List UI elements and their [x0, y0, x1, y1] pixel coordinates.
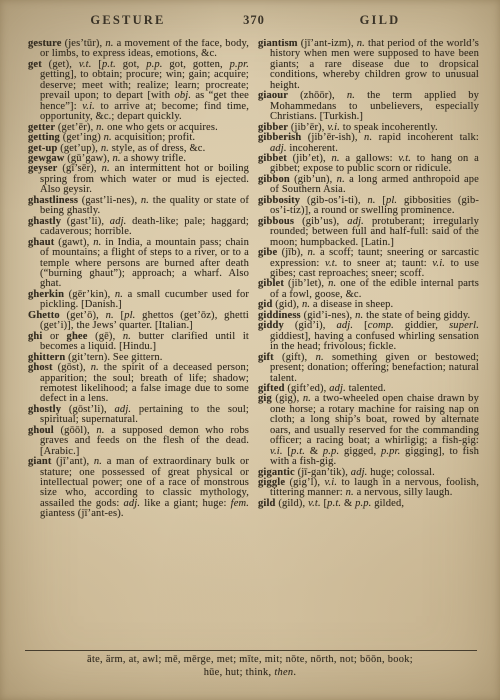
entry-body: (zhōōr), n. the term applied by Mohammed… [270, 90, 479, 122]
headword: giaour [258, 90, 288, 101]
column-right: giantism (jī’ant-izm), n. that period of… [258, 39, 479, 648]
entry-body: (gift), n. something given or bestowed; … [270, 352, 479, 384]
dictionary-entry: ghastliness (gast’li-nes), n. the qualit… [28, 196, 249, 217]
footer-rule [25, 650, 477, 651]
headword: gig [258, 393, 272, 404]
entry-body: (git’tern). See gittern. [68, 352, 162, 363]
column-left: gesture (jes’tūr), n. a movement of the … [28, 39, 249, 648]
entry-body: (gōst), n. the spirit of a deceased pers… [40, 362, 249, 404]
headword: gild [258, 498, 276, 509]
entry-body: (get’up), n. style, as of dress, &c. [60, 143, 205, 154]
entry-body: (gōōl), n. a supposed demon who robs gra… [40, 425, 249, 457]
dictionary-entry: ghost (gōst), n. the spirit of a decease… [28, 363, 249, 405]
dictionary-page: GESTURE 370 GILD gesture (jes’tūr), n. a… [0, 0, 500, 700]
headword: ghastliness [28, 195, 78, 206]
dictionary-entry: giantism (jī’ant-izm), n. that period of… [258, 39, 479, 91]
dictionary-entry: giggle (gig’l), v.i. to laugh in a nervo… [258, 478, 479, 499]
dictionary-entry: giaour (zhōōr), n. the term applied by M… [258, 91, 479, 122]
headword: getter [28, 122, 55, 133]
entry-body: (jīb), n. a scoff; taunt; sneering or sa… [270, 247, 479, 279]
dictionary-entry: gift (gift), n. something given or besto… [258, 353, 479, 384]
headword: ghost [28, 362, 53, 373]
entry-body: (jī-gan’tik), adj. huge; colossal. [298, 467, 435, 478]
entry-body: (gig’l), v.i. to laugh in a nervous, foo… [270, 477, 479, 498]
headword: gibberish [258, 132, 301, 143]
entry-body: (gī’sēr), n. an intermittent hot or boil… [40, 163, 249, 195]
headword: gift [258, 352, 274, 363]
headword: gibber [258, 122, 288, 133]
entry-body: (gid), n. a disease in sheep. [275, 299, 393, 310]
headword: giggle [258, 477, 285, 488]
entry-body: (jib’ēr), v.i. to speak incoherently. [291, 122, 438, 133]
headword: giddy [258, 320, 284, 331]
dictionary-entry: gibbon (gib’un), n. a long armed anthrop… [258, 175, 479, 196]
dictionary-entry: Ghetto (get’ō), n. [pl. ghettos (get’ōz)… [28, 311, 249, 332]
dictionary-entry: gherkin (gēr’kin), n. a small cucumber u… [28, 290, 249, 311]
headword: gigantic [258, 467, 295, 478]
pronunciation-key: āte, ärm, at, awl; mē, mērge, met; mīte,… [20, 654, 480, 679]
headword: get-up [28, 143, 57, 154]
entry-body: (gib-os’i-ti), n. [pl. gibbosities (gib-… [270, 195, 479, 216]
entry-body: (gid’i), adj. [comp. giddier, superl. gi… [270, 320, 479, 352]
entry-body: (jib’ēr-ish), n. rapid incoherent talk: … [270, 132, 479, 153]
headword: ghastly [28, 216, 61, 227]
dictionary-entry: ghastly (gast’li), adj. death-like; pale… [28, 217, 249, 238]
text-columns: gesture (jes’tūr), n. a movement of the … [28, 39, 480, 648]
dictionary-entry: ghaut (gawt), n. in India, a mountain pa… [28, 238, 249, 290]
headword: giblet [258, 278, 284, 289]
dictionary-entry: gibbet (jib’et), n. a gallows: v.t. to h… [258, 154, 479, 175]
headword: ghaut [28, 237, 54, 248]
dictionary-entry: get (get), v.t. [p.t. got, p.p. got, got… [28, 60, 249, 123]
headword: gibbet [258, 153, 287, 164]
dictionary-entry: gibe (jīb), n. a scoff; taunt; sneering … [258, 248, 479, 279]
running-head-right-word: GILD [280, 13, 480, 28]
dictionary-entry: ghostly (gōst’li), adj. pertaining to th… [28, 405, 249, 426]
dictionary-entry: gibbous (gib’us), adj. protuberant; irre… [258, 217, 479, 248]
dictionary-entry: giddy (gid’i), adj. [comp. giddier, supe… [258, 321, 479, 352]
dictionary-entry: giant (jī’ant), n. a man of extraordinar… [28, 457, 249, 520]
page-number: 370 [228, 13, 280, 28]
entry-body: (gēr’kin), n. a small cucumber used for … [40, 289, 249, 310]
headword: ghittern [28, 352, 65, 363]
headword: giant [28, 456, 52, 467]
entry-body: (jī’ant-izm), n. that period of the worl… [270, 39, 479, 91]
dictionary-entry: gibberish (jib’ēr-ish), n. rapid incoher… [258, 133, 479, 154]
entry-body: (get’ō), n. [pl. ghettos (get’ōz), ghett… [40, 310, 249, 331]
dictionary-entry: gig (gig), n. a two-wheeled open chaise … [258, 394, 479, 467]
entry-body: (get), v.t. [p.t. got, p.p. got, gotten,… [40, 59, 249, 122]
dictionary-entry: geyser (gī’sēr), n. an intermittent hot … [28, 164, 249, 195]
headword: getting [28, 132, 60, 143]
headword: gherkin [28, 289, 64, 300]
dictionary-entry: gibbosity (gib-os’i-ti), n. [pl. gibbosi… [258, 196, 479, 217]
entry-body: (jes’tūr), n. a movement of the face, bo… [40, 39, 249, 59]
headword: get [28, 59, 42, 70]
headword: ghostly [28, 404, 61, 415]
headword: geyser [28, 163, 57, 174]
entry-body: (gig), n. a two-wheeled open chaise draw… [270, 393, 479, 467]
entry-body: (get’ēr), n. one who gets or acquires. [58, 122, 218, 133]
entry-body: (gawt), n. in India, a mountain pass; ch… [40, 237, 249, 290]
headword: ghi or ghee [28, 331, 88, 342]
entry-body: (jib’et), n. a gallows: v.t. to hang on … [270, 153, 479, 174]
entry-body: (gib’us), adj. protuberant; irregularly … [270, 216, 479, 248]
pronunciation-key-line-1: āte, ärm, at, awl; mē, mērge, met; mīte,… [20, 654, 480, 667]
entry-body: (gib’un), n. a long armed anthropoid ape… [270, 174, 479, 195]
entry-body: (gild), v.t. [p.t. & p.p. gilded, [278, 498, 404, 509]
entry-body: (gōst’li), adj. pertaining to the soul; … [40, 404, 249, 425]
pronunciation-key-line-2: hūe, hut; think, then. [20, 667, 480, 680]
dictionary-entry: gild (gild), v.t. [p.t. & p.p. gilded, [258, 499, 479, 509]
running-head-left-word: GESTURE [28, 13, 228, 28]
entry-body: (gast’li), adj. death-like; pale; haggar… [40, 216, 249, 237]
dictionary-entry: giblet (jib’let), n. one of the edible i… [258, 279, 479, 300]
running-head: GESTURE 370 GILD [28, 13, 480, 28]
headword: gibe [258, 247, 277, 258]
dictionary-entry: ghi or ghee (gē), n. butter clarified un… [28, 332, 249, 353]
entry-body: (get’ing) n. acquisition; profit. [63, 132, 195, 143]
dictionary-entry: ghoul (gōōl), n. a supposed demon who ro… [28, 426, 249, 457]
dictionary-entry: gesture (jes’tūr), n. a movement of the … [28, 39, 249, 60]
headword: gid [258, 299, 272, 310]
entry-body: (jib’let), n. one of the edible internal… [270, 278, 479, 299]
entry-body: (jī’ant), n. a man of extraordinary bulk… [40, 456, 249, 519]
